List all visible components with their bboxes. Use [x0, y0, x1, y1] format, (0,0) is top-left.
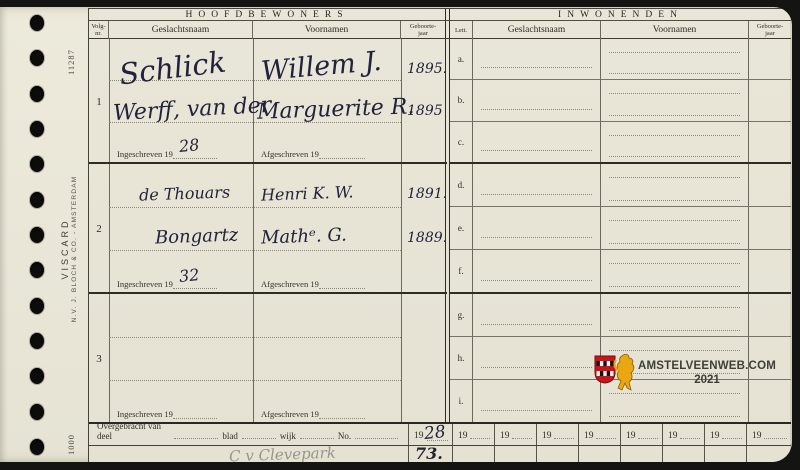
punch-hole	[30, 192, 44, 208]
lodger-firstnames-cell	[601, 164, 749, 206]
lett-label: f.	[450, 250, 473, 292]
watermark-site: AMSTELVEENWEB.COM	[638, 360, 776, 372]
empty-cell	[537, 446, 579, 462]
printer-imprint: VISCARD N.V. J. BLOCH & CO. - AMSTERDAM	[60, 147, 80, 351]
header-surname-left: Geslachtsnaam	[109, 21, 253, 39]
ingeschreven-label: Ingeschreven 19	[117, 409, 173, 419]
punch-hole	[30, 15, 44, 31]
handwritten-birthyear: 1895	[407, 103, 443, 119]
afgeschreven-line	[319, 409, 365, 419]
punch-hole	[30, 333, 44, 349]
header-firstnames-right-label: Voornamen	[601, 25, 748, 35]
year-cell: 19	[579, 424, 621, 445]
registration-footer: Ingeschreven 19 28 Afgeschreven 19	[109, 143, 447, 159]
afgeschreven-line	[319, 149, 365, 159]
entry-ruled-line	[109, 380, 401, 381]
lodger-firstnames-cell	[601, 39, 749, 79]
punch-hole	[30, 404, 44, 420]
header-firstnames-left-label: Voornamen	[253, 25, 400, 35]
header-birthyear-right: Geboorte- jaar	[749, 21, 791, 39]
ingeschreven-field: Ingeschreven 19	[117, 409, 217, 419]
punch-hole	[30, 439, 44, 455]
year-prefix: 19	[500, 431, 510, 441]
punch-hole	[30, 227, 44, 243]
amstelveen-coat-of-arms-icon	[592, 350, 638, 396]
year-prefix: 19	[710, 431, 720, 441]
lett-label: h.	[450, 337, 473, 379]
header-firstnames-left: Voornamen	[253, 21, 401, 39]
handwritten-birthyear: 1895.	[407, 61, 447, 77]
registration-footer: Ingeschreven 19 Afgeschreven 19	[109, 403, 447, 419]
punch-hole	[30, 86, 44, 102]
year-cell: 19	[705, 424, 747, 445]
year-prefix: 19	[414, 431, 424, 441]
lodger-group-abc: a. b. c.	[450, 39, 791, 162]
year-line	[722, 429, 743, 439]
volgnr-value: 2	[89, 223, 109, 235]
entry-ruled-line	[109, 250, 401, 251]
year-cell: 19	[495, 424, 537, 445]
year-line	[764, 429, 788, 439]
lett-label: c.	[450, 122, 473, 162]
lodger-firstnames-cell	[601, 250, 749, 292]
scan-background: 11287 VISCARD N.V. J. BLOCH & CO. - AMST…	[0, 0, 800, 470]
lodger-row-a: a.	[450, 39, 791, 79]
punch-hole	[30, 298, 44, 314]
entry-ruled-line	[109, 207, 401, 208]
lodger-birthyear-cell	[749, 122, 791, 162]
column-header-row: Volg- nr. Geslachtsnaam Voornamen Geboor…	[89, 21, 791, 39]
lodger-birthyear-cell	[749, 250, 791, 292]
afgeschreven-field: Afgeschreven 19	[261, 149, 365, 159]
lodger-firstnames-cell	[601, 122, 749, 162]
handwritten-surname: Bongartz	[155, 225, 239, 249]
lett-label: a.	[450, 39, 473, 79]
resident-group-2: 2 de Thouars Henri K. W. 1891. Bongartz …	[89, 162, 447, 292]
entry-ruled-line	[109, 337, 401, 338]
year-cell: 19	[663, 424, 705, 445]
lodger-firstnames-cell	[601, 294, 749, 336]
empty-cell	[579, 446, 621, 462]
year-cell: 19	[621, 424, 663, 445]
ingeschreven-year-value: 28	[178, 135, 200, 156]
ingeschreven-line: 28	[173, 149, 217, 159]
lett-label: e.	[450, 207, 473, 249]
registration-footer: Ingeschreven 19 32 Afgeschreven 19	[109, 273, 447, 289]
header-birthyear-left-line2: jaar	[401, 30, 445, 37]
lodger-surname-cell	[473, 380, 601, 422]
header-birthyear-right-line2: jaar	[749, 30, 791, 37]
volgnr-value: 1	[89, 96, 109, 108]
header-volgnr-line1: Volg-	[89, 23, 108, 30]
resident-group-1: 1 Schlick Willem J. 1895. Werff, van der…	[89, 39, 447, 162]
handwritten-birthyear: 1891.	[407, 186, 447, 202]
transfer-label-no: No.	[338, 431, 351, 441]
section-title-hoofdbewoners: HOOFDBEWONERS	[89, 9, 445, 21]
header-surname-right: Geslachtsnaam	[473, 21, 601, 39]
afgeschreven-field: Afgeschreven 19	[261, 279, 365, 289]
empty-cell	[705, 446, 747, 462]
volgnr-value: 3	[89, 353, 109, 365]
lodger-surname-cell	[473, 207, 601, 249]
year-prefix: 19	[584, 431, 594, 441]
lodger-surname-cell	[473, 39, 601, 79]
lodger-surname-cell	[473, 80, 601, 120]
handwritten-birthyear: 1889.	[407, 230, 447, 246]
year-line	[638, 429, 659, 439]
section-title-row: HOOFDBEWONERS INWONENDEN	[89, 9, 791, 21]
lodger-birthyear-cell	[749, 380, 791, 422]
year-line	[680, 429, 701, 439]
transfer-line	[174, 429, 219, 439]
year-line	[554, 429, 575, 439]
punch-hole	[30, 262, 44, 278]
header-birthyear-left-line1: Geboorte-	[401, 23, 445, 30]
printer-address: N.V. J. BLOCH & CO. - AMSTERDAM	[71, 147, 78, 351]
transfer-line	[300, 429, 334, 439]
section-title-inwonenden: INWONENDEN	[450, 9, 791, 21]
year-cell: 19	[747, 424, 791, 445]
handwritten-firstnames: Marguerite R.	[257, 94, 415, 124]
lodger-row-e: e.	[450, 206, 791, 249]
ingeschreven-label: Ingeschreven 19	[117, 149, 173, 159]
afgeschreven-line	[319, 279, 365, 289]
ingeschreven-label: Ingeschreven 19	[117, 279, 173, 289]
lodger-row-g: g.	[450, 294, 791, 336]
lodger-birthyear-cell	[749, 164, 791, 206]
year-line	[512, 429, 533, 439]
handwritten-firstnames: Henri K. W.	[261, 182, 354, 204]
amstelveenweb-watermark: AMSTELVEENWEB.COM 2021	[592, 349, 748, 397]
lodger-birthyear-cell	[749, 294, 791, 336]
lett-label: i.	[450, 380, 473, 422]
lett-label: g.	[450, 294, 473, 336]
punch-hole	[30, 50, 44, 66]
year-prefix: 19	[668, 431, 678, 441]
year-line	[596, 429, 617, 439]
header-birthyear-left: Geboorte- jaar	[401, 21, 445, 39]
afgeschreven-label: Afgeschreven 19	[261, 149, 319, 159]
lodger-birthyear-cell	[749, 39, 791, 79]
afgeschreven-label: Afgeschreven 19	[261, 409, 319, 419]
register-card: 11287 VISCARD N.V. J. BLOCH & CO. - AMST…	[0, 7, 792, 462]
header-lett-label: Lett.	[450, 27, 472, 34]
lodger-row-b: b.	[450, 79, 791, 120]
hoofdbewoners-body: 1 Schlick Willem J. 1895. Werff, van der…	[89, 39, 447, 422]
header-firstnames-right: Voornamen	[601, 21, 749, 39]
punch-hole	[30, 121, 44, 137]
header-surname-left-label: Geslachtsnaam	[109, 25, 252, 35]
stub-serial-number: 11287	[66, 19, 76, 75]
ingeschreven-field: Ingeschreven 19 32	[117, 279, 217, 289]
punch-hole	[30, 368, 44, 384]
section-divider	[445, 9, 450, 422]
year-line	[470, 429, 491, 439]
lodger-firstnames-cell	[601, 80, 749, 120]
watermark-text: AMSTELVEENWEB.COM 2021	[638, 360, 776, 386]
lodger-surname-cell	[473, 122, 601, 162]
year-prefix: 19	[626, 431, 636, 441]
header-volgnr: Volg- nr.	[89, 21, 109, 39]
lodger-birthyear-cell	[749, 207, 791, 249]
transfer-line	[242, 429, 276, 439]
lett-label: b.	[450, 80, 473, 120]
year-prefix: 19	[542, 431, 552, 441]
year-cell: 19	[537, 424, 579, 445]
lodger-firstnames-cell	[601, 207, 749, 249]
lett-label: d.	[450, 164, 473, 206]
stub-stock-number: 1000	[66, 409, 76, 455]
lodger-surname-cell	[473, 164, 601, 206]
resident-group-3: 3 Ingeschreven 19 Afgeschreven 19	[89, 292, 447, 422]
transfer-line	[355, 429, 398, 439]
transfer-label-deel: Overgebracht van deel	[97, 421, 170, 441]
ingeschreven-line	[173, 409, 217, 419]
afgeschreven-label: Afgeschreven 19	[261, 279, 319, 289]
lodger-birthyear-cell	[749, 80, 791, 120]
transfer-label-blad: blad	[222, 431, 238, 441]
lodger-row-f: f.	[450, 249, 791, 292]
handwritten-firstnames: Mathᵉ. G.	[261, 225, 348, 249]
ingeschreven-year-value: 32	[178, 265, 200, 286]
ingeschreven-field: Ingeschreven 19 28	[117, 149, 217, 159]
empty-cell	[621, 446, 663, 462]
lodger-surname-cell	[473, 337, 601, 379]
handwritten-surname: de Thouars	[139, 182, 231, 204]
header-volgnr-line2: nr.	[89, 30, 108, 37]
lodger-surname-cell	[473, 250, 601, 292]
empty-cell	[747, 446, 791, 462]
lodger-row-d: d.	[450, 164, 791, 206]
empty-cell	[663, 446, 705, 462]
lodger-group-def: d. e. f.	[450, 162, 791, 292]
handwritten-surname: Schlick	[117, 45, 228, 92]
empty-cell	[495, 446, 537, 462]
punch-holes	[30, 15, 45, 455]
header-surname-right-label: Geslachtsnaam	[473, 25, 600, 35]
year-prefix: 19	[752, 431, 762, 441]
header-birthyear-right-line1: Geboorte-	[749, 23, 791, 30]
lodger-surname-cell	[473, 294, 601, 336]
header-lett: Lett.	[450, 21, 473, 39]
afgeschreven-field: Afgeschreven 19	[261, 409, 365, 419]
punch-hole	[30, 156, 44, 172]
watermark-year: 2021	[638, 374, 776, 386]
printer-brand: VISCARD	[60, 147, 70, 351]
ingeschreven-line: 32	[173, 279, 217, 289]
lodger-row-c: c.	[450, 121, 791, 162]
transfer-label-wijk: wijk	[280, 431, 296, 441]
